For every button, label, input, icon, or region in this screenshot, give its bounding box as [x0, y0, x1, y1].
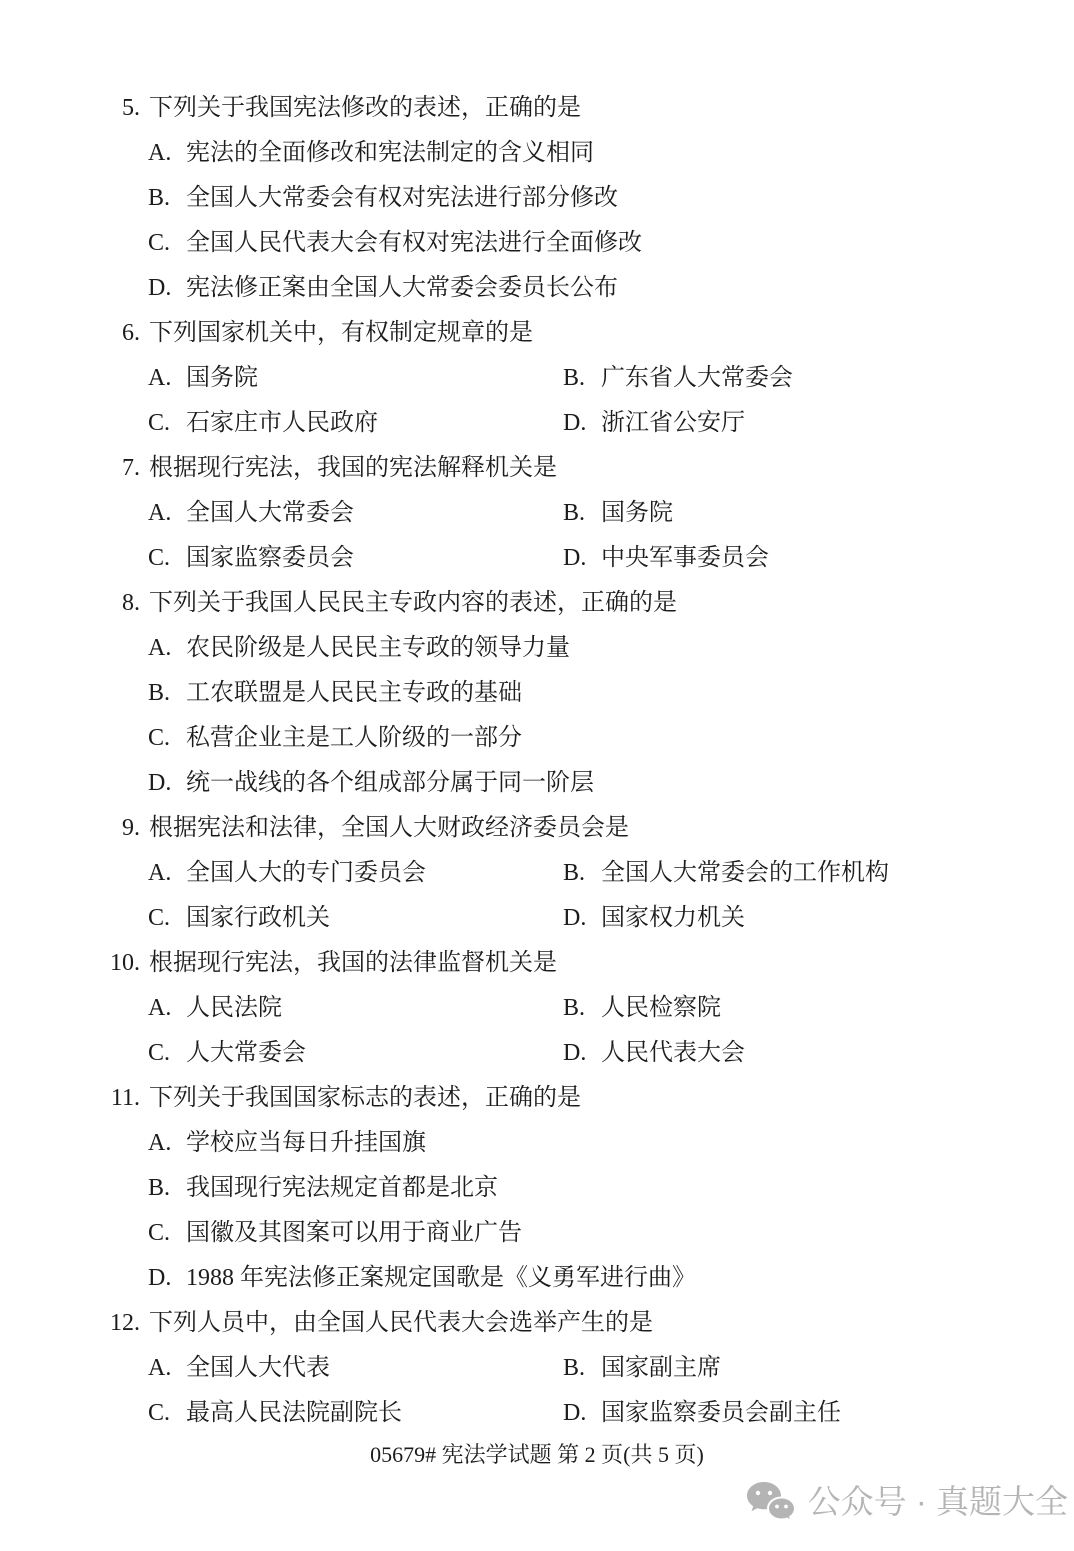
option-label: B.	[563, 491, 601, 536]
question-stem: 下列关于我国国家标志的表述，正确的是	[149, 1085, 581, 1111]
option-label: C.	[148, 716, 186, 761]
question-6: 6.下列国家机关中，有权制定规章的是 A.国务院 B.广东省人大常委会 C.石家…	[0, 311, 1074, 446]
option-text: 1988 年宪法修正案规定国歌是《义勇军进行曲》	[186, 1265, 696, 1291]
question-stem-line: 7.根据现行宪法，我国的宪法解释机关是	[0, 446, 1074, 491]
option-label: A.	[148, 851, 186, 896]
question-stem: 下列国家机关中，有权制定规章的是	[149, 320, 533, 346]
option-text: 国家监察委员会副主任	[601, 1400, 841, 1426]
page-footer-text: 05679# 宪法学试题 第 2 页(共 5 页)	[370, 1442, 704, 1467]
option-c: C.人大常委会	[148, 1031, 563, 1076]
option-text: 国徽及其图案可以用于商业广告	[186, 1220, 522, 1246]
option-b: B.人民检察院	[563, 986, 721, 1031]
question-stem: 根据现行宪法，我国的宪法解释机关是	[149, 455, 557, 481]
watermark-text: 公众号 · 真题大全	[808, 1476, 1068, 1528]
option-text: 全国人大的专门委员会	[186, 860, 426, 886]
option-label: A.	[148, 1346, 186, 1391]
question-number: 9.	[80, 806, 140, 851]
option-text: 国家副主席	[601, 1355, 721, 1381]
option-label: C.	[148, 536, 186, 581]
question-stem: 根据宪法和法律，全国人大财政经济委员会是	[149, 815, 629, 841]
option-label: D.	[563, 896, 601, 941]
wechat-icon	[746, 1480, 796, 1524]
option-label: B.	[563, 1346, 601, 1391]
option-a: A.学校应当每日升挂国旗	[0, 1121, 1074, 1166]
option-row: C.人大常委会 D.人民代表大会	[0, 1031, 1074, 1076]
option-a: A.宪法的全面修改和宪法制定的含义相同	[0, 131, 1074, 176]
page-footer: 05679# 宪法学试题 第 2 页(共 5 页)	[0, 1440, 1074, 1470]
question-number: 7.	[80, 446, 140, 491]
question-stem: 下列关于我国宪法修改的表述，正确的是	[149, 95, 581, 121]
option-label: D.	[148, 1256, 186, 1301]
option-row: A.国务院 B.广东省人大常委会	[0, 356, 1074, 401]
option-text: 宪法修正案由全国人大常委会委员长公布	[186, 275, 618, 301]
option-d: D.浙江省公安厅	[563, 401, 745, 446]
option-b: B.国务院	[563, 491, 673, 536]
option-row: A.全国人大常委会 B.国务院	[0, 491, 1074, 536]
option-label: B.	[148, 671, 186, 716]
option-label: B.	[563, 986, 601, 1031]
option-row: A.人民法院 B.人民检察院	[0, 986, 1074, 1031]
option-d: D.国家权力机关	[563, 896, 745, 941]
question-stem-line: 11.下列关于我国国家标志的表述，正确的是	[0, 1076, 1074, 1121]
option-text: 学校应当每日升挂国旗	[186, 1130, 426, 1156]
option-text: 我国现行宪法规定首都是北京	[186, 1175, 498, 1201]
option-label: C.	[148, 1391, 186, 1436]
option-c: C.国家监察委员会	[148, 536, 563, 581]
option-label: A.	[148, 356, 186, 401]
option-c: C.私营企业主是工人阶级的一部分	[0, 716, 1074, 761]
option-text: 全国人民代表大会有权对宪法进行全面修改	[186, 230, 642, 256]
option-label: A.	[148, 491, 186, 536]
option-text: 国务院	[186, 365, 258, 391]
option-c: C.石家庄市人民政府	[148, 401, 563, 446]
option-d: D.宪法修正案由全国人大常委会委员长公布	[0, 266, 1074, 311]
option-text: 中央军事委员会	[601, 545, 769, 571]
option-label: D.	[563, 401, 601, 446]
question-5: 5.下列关于我国宪法修改的表述，正确的是 A.宪法的全面修改和宪法制定的含义相同…	[0, 86, 1074, 311]
option-text: 全国人大常委会有权对宪法进行部分修改	[186, 185, 618, 211]
option-text: 人民检察院	[601, 995, 721, 1021]
option-text: 统一战线的各个组成部分属于同一阶层	[186, 770, 594, 796]
option-label: C.	[148, 401, 186, 446]
option-d: D.统一战线的各个组成部分属于同一阶层	[0, 761, 1074, 806]
question-number: 12.	[80, 1301, 140, 1346]
questions-list: 5.下列关于我国宪法修改的表述，正确的是 A.宪法的全面修改和宪法制定的含义相同…	[0, 0, 1074, 1436]
option-label: A.	[148, 1121, 186, 1166]
option-text: 宪法的全面修改和宪法制定的含义相同	[186, 140, 594, 166]
option-row: A.全国人大的专门委员会 B.全国人大常委会的工作机构	[0, 851, 1074, 896]
option-label: B.	[148, 176, 186, 221]
option-b: B.全国人大常委会的工作机构	[563, 851, 889, 896]
option-label: A.	[148, 626, 186, 671]
option-b: B.国家副主席	[563, 1346, 721, 1391]
question-stem-line: 8.下列关于我国人民民主专政内容的表述，正确的是	[0, 581, 1074, 626]
option-text: 人民法院	[186, 995, 282, 1021]
option-d: D.1988 年宪法修正案规定国歌是《义勇军进行曲》	[0, 1256, 1074, 1301]
option-text: 广东省人大常委会	[601, 365, 793, 391]
watermark: 公众号 · 真题大全	[746, 1476, 1068, 1528]
option-a: A.全国人大的专门委员会	[148, 851, 563, 896]
option-a: A.农民阶级是人民民主专政的领导力量	[0, 626, 1074, 671]
option-label: D.	[148, 266, 186, 311]
question-stem-line: 5.下列关于我国宪法修改的表述，正确的是	[0, 86, 1074, 131]
option-d: D.中央军事委员会	[563, 536, 769, 581]
option-text: 国家权力机关	[601, 905, 745, 931]
question-7: 7.根据现行宪法，我国的宪法解释机关是 A.全国人大常委会 B.国务院 C.国家…	[0, 446, 1074, 581]
option-label: C.	[148, 1031, 186, 1076]
option-label: C.	[148, 1211, 186, 1256]
option-text: 石家庄市人民政府	[186, 410, 378, 436]
question-stem: 根据现行宪法，我国的法律监督机关是	[149, 950, 557, 976]
option-label: C.	[148, 221, 186, 266]
option-row: A.全国人大代表 B.国家副主席	[0, 1346, 1074, 1391]
option-text: 人民代表大会	[601, 1040, 745, 1066]
option-label: A.	[148, 986, 186, 1031]
option-text: 全国人大代表	[186, 1355, 330, 1381]
question-8: 8.下列关于我国人民民主专政内容的表述，正确的是 A.农民阶级是人民民主专政的领…	[0, 581, 1074, 806]
option-d: D.国家监察委员会副主任	[563, 1391, 841, 1436]
option-text: 最高人民法院副院长	[186, 1400, 402, 1426]
question-stem-line: 6.下列国家机关中，有权制定规章的是	[0, 311, 1074, 356]
option-b: B.我国现行宪法规定首都是北京	[0, 1166, 1074, 1211]
option-text: 农民阶级是人民民主专政的领导力量	[186, 635, 570, 661]
option-c: C.全国人民代表大会有权对宪法进行全面修改	[0, 221, 1074, 266]
question-10: 10.根据现行宪法，我国的法律监督机关是 A.人民法院 B.人民检察院 C.人大…	[0, 941, 1074, 1076]
question-12: 12.下列人员中，由全国人民代表大会选举产生的是 A.全国人大代表 B.国家副主…	[0, 1301, 1074, 1436]
question-stem-line: 12.下列人员中，由全国人民代表大会选举产生的是	[0, 1301, 1074, 1346]
option-text: 浙江省公安厅	[601, 410, 745, 436]
option-d: D.人民代表大会	[563, 1031, 745, 1076]
option-row: C.最高人民法院副院长 D.国家监察委员会副主任	[0, 1391, 1074, 1436]
option-label: D.	[148, 761, 186, 806]
option-text: 人大常委会	[186, 1040, 306, 1066]
option-b: B.全国人大常委会有权对宪法进行部分修改	[0, 176, 1074, 221]
option-text: 国务院	[601, 500, 673, 526]
option-label: D.	[563, 1031, 601, 1076]
option-row: C.国家监察委员会 D.中央军事委员会	[0, 536, 1074, 581]
option-text: 全国人大常委会	[186, 500, 354, 526]
option-c: C.最高人民法院副院长	[148, 1391, 563, 1436]
option-a: A.国务院	[148, 356, 563, 401]
option-text: 国家行政机关	[186, 905, 330, 931]
option-text: 私营企业主是工人阶级的一部分	[186, 725, 522, 751]
question-number: 10.	[80, 941, 140, 986]
question-11: 11.下列关于我国国家标志的表述，正确的是 A.学校应当每日升挂国旗 B.我国现…	[0, 1076, 1074, 1301]
option-text: 全国人大常委会的工作机构	[601, 860, 889, 886]
option-row: C.国家行政机关 D.国家权力机关	[0, 896, 1074, 941]
option-label: D.	[563, 1391, 601, 1436]
option-label: B.	[563, 356, 601, 401]
option-label: B.	[148, 1166, 186, 1211]
option-label: C.	[148, 896, 186, 941]
option-a: A.全国人大代表	[148, 1346, 563, 1391]
option-label: B.	[563, 851, 601, 896]
question-number: 6.	[80, 311, 140, 356]
option-row: C.石家庄市人民政府 D.浙江省公安厅	[0, 401, 1074, 446]
question-stem-line: 10.根据现行宪法，我国的法律监督机关是	[0, 941, 1074, 986]
exam-page: 5.下列关于我国宪法修改的表述，正确的是 A.宪法的全面修改和宪法制定的含义相同…	[0, 0, 1074, 1551]
option-text: 国家监察委员会	[186, 545, 354, 571]
option-b: B.广东省人大常委会	[563, 356, 793, 401]
question-stem: 下列人员中，由全国人民代表大会选举产生的是	[149, 1310, 653, 1336]
option-c: C.国家行政机关	[148, 896, 563, 941]
option-label: D.	[563, 536, 601, 581]
option-a: A.人民法院	[148, 986, 563, 1031]
option-a: A.全国人大常委会	[148, 491, 563, 536]
question-stem-line: 9.根据宪法和法律，全国人大财政经济委员会是	[0, 806, 1074, 851]
option-label: A.	[148, 131, 186, 176]
option-text: 工农联盟是人民民主专政的基础	[186, 680, 522, 706]
question-number: 11.	[80, 1076, 140, 1121]
question-number: 8.	[80, 581, 140, 626]
question-9: 9.根据宪法和法律，全国人大财政经济委员会是 A.全国人大的专门委员会 B.全国…	[0, 806, 1074, 941]
option-b: B.工农联盟是人民民主专政的基础	[0, 671, 1074, 716]
option-c: C.国徽及其图案可以用于商业广告	[0, 1211, 1074, 1256]
question-stem: 下列关于我国人民民主专政内容的表述，正确的是	[149, 590, 677, 616]
question-number: 5.	[80, 86, 140, 131]
